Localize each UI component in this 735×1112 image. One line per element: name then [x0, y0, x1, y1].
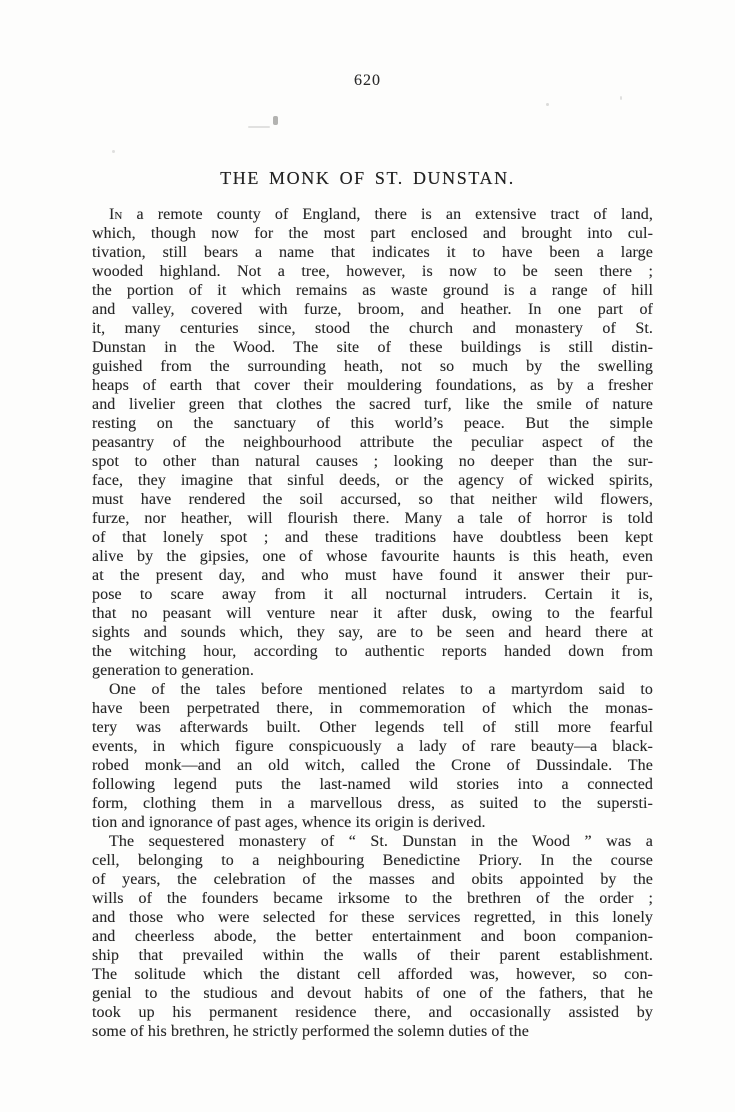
- body-text: In a remote county of England, there is …: [92, 205, 653, 1041]
- text-line: the portion of it which remains as waste…: [92, 281, 653, 300]
- text-line: it, many centuries since, stood the chur…: [92, 319, 653, 338]
- text-line: The solitude which the distant cell affo…: [92, 965, 653, 984]
- book-page: 620 THE MONK OF ST. DUNSTAN. In a remote…: [0, 0, 735, 1112]
- text-line: heaps of earth that cover their moulderi…: [92, 376, 653, 395]
- text-line: and livelier green that clothes the sacr…: [92, 395, 653, 414]
- text-line: ship that prevailed within the walls of …: [92, 946, 653, 965]
- text-line: of years, the celebration of the masses …: [92, 870, 653, 889]
- text-line: and valley, covered with furze, broom, a…: [92, 300, 653, 319]
- text-line: sights and sounds which, they say, are t…: [92, 623, 653, 642]
- text-line: genial to the studious and devout habits…: [92, 984, 653, 1003]
- text-line: at the present day, and who must have fo…: [92, 566, 653, 585]
- text-line: of that lonely spot ; and these traditio…: [92, 528, 653, 547]
- ink-speck: [546, 103, 549, 106]
- text-line: peasantry of the neighbourhood attribute…: [92, 433, 653, 452]
- text-line: wooded highland. Not a tree, however, is…: [92, 262, 653, 281]
- text-line: following legend puts the last-named wil…: [92, 775, 653, 794]
- paragraph: One of the tales before mentioned relate…: [92, 680, 653, 832]
- text-line: In a remote county of England, there is …: [92, 205, 653, 224]
- paragraph: The sequestered monastery of “ St. Dunst…: [92, 832, 653, 1041]
- text-line: form, clothing them in a marvellous dres…: [92, 794, 653, 813]
- text-line: generation to generation.: [92, 661, 653, 680]
- text-line: and those who were selected for these se…: [92, 908, 653, 927]
- ink-speck: [112, 150, 115, 153]
- text-line: pose to scare away from it all nocturnal…: [92, 585, 653, 604]
- text-line: resting on the sanctuary of this world’s…: [92, 414, 653, 433]
- text-line: guished from the surrounding heath, not …: [92, 357, 653, 376]
- paragraph: In a remote county of England, there is …: [92, 205, 653, 680]
- chapter-title: THE MONK OF ST. DUNSTAN.: [0, 168, 735, 189]
- text-line: furze, nor heather, will flourish there.…: [92, 509, 653, 528]
- text-line: cell, belonging to a neighbouring Benedi…: [92, 851, 653, 870]
- ink-speck: [273, 116, 278, 125]
- ink-speck: [620, 96, 622, 100]
- text-line: some of his brethren, he strictly perfor…: [92, 1022, 653, 1041]
- text-line: must have rendered the soil accursed, so…: [92, 490, 653, 509]
- text-line: tivation, still bears a name that indica…: [92, 243, 653, 262]
- text-line: wills of the founders became irksome to …: [92, 889, 653, 908]
- text-line: alive by the gipsies, one of whose favou…: [92, 547, 653, 566]
- text-line: robed monk—and an old witch, called the …: [92, 756, 653, 775]
- text-line: which, though now for the most part encl…: [92, 224, 653, 243]
- text-line: tery was afterwards built. Other legends…: [92, 718, 653, 737]
- text-line: The sequestered monastery of “ St. Dunst…: [92, 832, 653, 851]
- page-number: 620: [0, 72, 735, 90]
- text-line: events, in which figure conspicuously a …: [92, 737, 653, 756]
- text-line: that no peasant will venture near it aft…: [92, 604, 653, 623]
- text-line: tion and ignorance of past ages, whence …: [92, 813, 653, 832]
- smallcaps-lead-word: In: [109, 206, 122, 223]
- text-line: face, they imagine that sinful deeds, or…: [92, 471, 653, 490]
- text-line: Dunstan in the Wood. The site of these b…: [92, 338, 653, 357]
- text-line: One of the tales before mentioned relate…: [92, 680, 653, 699]
- text-line: spot to other than natural causes ; look…: [92, 452, 653, 471]
- text-line: the witching hour, according to authenti…: [92, 642, 653, 661]
- text-line: took up his permanent residence there, a…: [92, 1003, 653, 1022]
- text-line: and cheerless abode, the better entertai…: [92, 927, 653, 946]
- ink-speck: [248, 126, 270, 128]
- text-line: have been perpetrated there, in commemor…: [92, 699, 653, 718]
